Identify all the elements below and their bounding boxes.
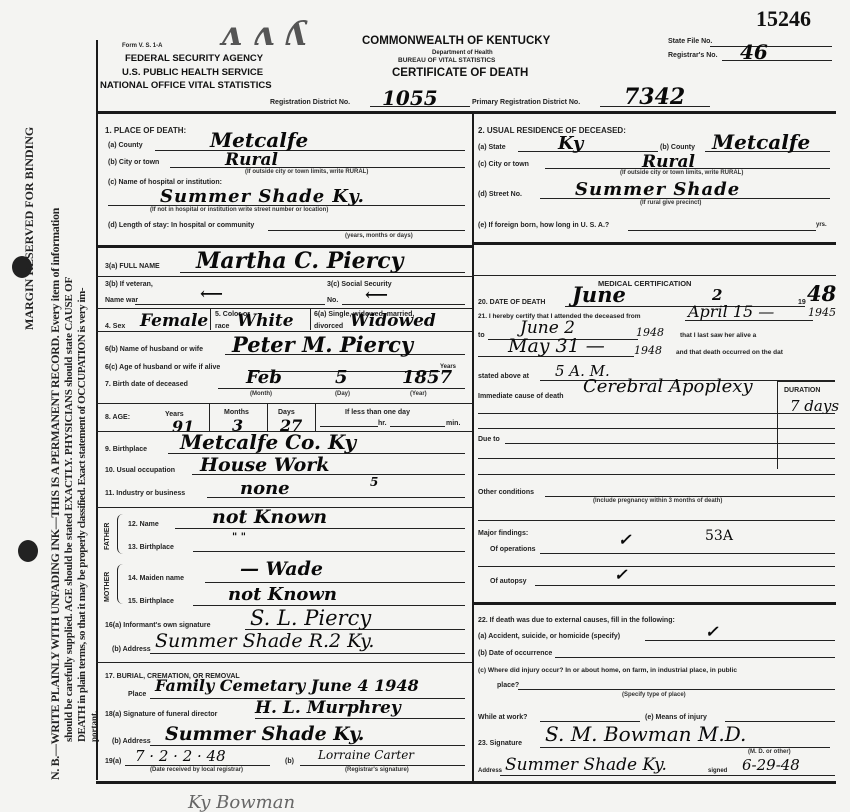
- residence-state-value[interactable]: Ky: [558, 133, 583, 154]
- means-of-injury-label: (e) Means of injury: [645, 714, 707, 721]
- mother-birthplace-label: 15. Birthplace: [128, 598, 174, 605]
- bureau: BUREAU OF VITAL STATISTICS: [398, 57, 495, 64]
- primary-district-label: Primary Registration District No.: [472, 99, 580, 106]
- place-label: place?: [497, 682, 519, 689]
- spouse-value[interactable]: Peter M. Piercy: [232, 332, 413, 357]
- father-birthplace-label: 13. Birthplace: [128, 544, 174, 551]
- divider-16: [96, 662, 472, 663]
- physician-address-label: Address: [478, 768, 502, 774]
- occurred-label: and that death occurred on the dat: [676, 349, 783, 356]
- place-line: [518, 689, 835, 690]
- marital-value[interactable]: Widowed: [350, 311, 436, 331]
- last-saw-year[interactable]: 1948: [634, 344, 662, 357]
- state-file-no-label: State File No.: [668, 38, 712, 45]
- divider-age-1: [209, 403, 210, 431]
- registrar-no-label: Registrar's No.: [668, 52, 718, 59]
- divider-age-2: [267, 403, 268, 431]
- industry-label: 11. Industry or business: [105, 490, 185, 497]
- place-of-death-heading: 1. PLACE OF DEATH:: [105, 126, 186, 135]
- birthplace-label: 9. Birthplace: [105, 446, 147, 453]
- death-year-prefix: 19: [798, 299, 806, 306]
- autopsy-line: [535, 585, 835, 586]
- registrar-signature-label: (b): [285, 758, 294, 765]
- race-value[interactable]: White: [237, 311, 294, 331]
- other-conditions-line: [545, 496, 835, 497]
- received-label: 19(a): [105, 758, 121, 765]
- residence-county-label: (b) County: [660, 144, 695, 151]
- place-note: (Specify type of place): [622, 692, 686, 698]
- agency-line-3: NATIONAL OFFICE VITAL STATISTICS: [100, 80, 272, 91]
- at-work-label: While at work?: [478, 714, 527, 721]
- certificate-title: CERTIFICATE OF DEATH: [392, 67, 528, 79]
- other-conditions-note: (Include pregnancy within 3 months of de…: [593, 498, 722, 504]
- birth-year-value[interactable]: 1857: [402, 367, 452, 388]
- death-city-label: (b) City or town: [108, 159, 159, 166]
- margin-instructions-line2: should be carefully supplied. AGE should…: [63, 277, 75, 742]
- veteran-checkmark: ⟵: [200, 284, 223, 303]
- form-center-divider: [472, 111, 474, 781]
- divider-5-6: [310, 308, 311, 330]
- mother-side-label: MOTHER: [104, 572, 111, 602]
- mother-maiden-value[interactable]: — Wade: [240, 558, 323, 580]
- divider-4-5: [210, 308, 211, 330]
- signed-date-value[interactable]: 6-29-48: [742, 756, 800, 774]
- residence-county-value[interactable]: Metcalfe: [712, 130, 810, 154]
- binding-hole-bottom: [18, 540, 38, 562]
- received-line: [125, 765, 270, 766]
- header-scribble: ᴧ ʌ ʎ: [220, 14, 307, 54]
- father-birthplace-value[interactable]: " ": [232, 532, 246, 543]
- death-county-label: (a) County: [108, 142, 143, 149]
- hospital-label: (c) Name of hospital or institution:: [108, 179, 222, 186]
- classification-code: 53A: [705, 528, 733, 544]
- informant-address-label: (b) Address: [112, 646, 151, 653]
- registration-district-label: Registration District No.: [270, 99, 350, 106]
- physician-address-line: [500, 775, 835, 776]
- death-county-value[interactable]: Metcalfe: [210, 128, 308, 152]
- father-name-value[interactable]: not Known: [212, 506, 327, 528]
- stay-label: (d) Length of stay: In hospital or commu…: [108, 222, 254, 229]
- informant-value[interactable]: S. L. Piercy: [250, 606, 371, 630]
- cause-value[interactable]: Cerebral Apoplexy: [583, 376, 753, 397]
- signature-line: [540, 747, 830, 748]
- death-city-value[interactable]: Rural: [225, 150, 278, 170]
- divider-3a: [96, 276, 472, 277]
- birth-day-caption: (Day): [335, 391, 350, 397]
- residence-state-line: [518, 151, 658, 152]
- divider-7: [96, 403, 472, 404]
- age-min-label: min.: [446, 420, 460, 427]
- occupation-label: 10. Usual occupation: [105, 467, 175, 474]
- residence-city-label: (c) City or town: [478, 161, 529, 168]
- residence-street-note: (If rural give precinct): [640, 200, 701, 206]
- margin-instructions-line1: N. B.—WRITE PLAINLY WITH UNFADING INK—TH…: [48, 208, 63, 780]
- father-name-label: 12. Name: [128, 521, 159, 528]
- operations-line-2: [478, 566, 835, 567]
- accident-checkmark[interactable]: ✓: [705, 622, 718, 641]
- residence-city-value[interactable]: Rural: [642, 152, 695, 172]
- death-month-value[interactable]: June: [572, 282, 626, 307]
- social-security-no-label: No.: [327, 297, 338, 304]
- divider-age-3: [315, 403, 316, 431]
- spouse-age-label: 6(c) Age of husband or wife if alive: [105, 364, 220, 371]
- due-to-line-3: [478, 474, 835, 475]
- autopsy-label: Of autopsy: [490, 578, 527, 585]
- mother-maiden-line: [205, 582, 465, 583]
- stay-line: [268, 230, 465, 231]
- operations-line: [540, 553, 835, 554]
- physician-signature[interactable]: S. M. Bowman M.D.: [545, 722, 746, 746]
- due-to-label: Due to: [478, 436, 500, 443]
- veteran-label: 3(b) If veteran,: [105, 281, 153, 288]
- foreign-born-line: [628, 230, 816, 231]
- operations-checkmark[interactable]: ✓: [618, 530, 631, 549]
- autopsy-checkmark[interactable]: ✓: [614, 565, 627, 584]
- full-name-label: 3(a) FULL NAME: [105, 263, 160, 270]
- physician-address-value[interactable]: Summer Shade Ky.: [505, 755, 667, 775]
- accident-label: (a) Accident, suicide, or homicide (spec…: [478, 633, 620, 640]
- footer-handwritten-note: Ky Bowman: [188, 792, 295, 812]
- other-conditions-line-2: [478, 520, 835, 521]
- death-county-line: [155, 150, 465, 151]
- birth-date-label: 7. Birth date of deceased: [105, 381, 188, 388]
- residence-street-value[interactable]: Summer Shade: [575, 179, 740, 200]
- sex-value[interactable]: Female: [140, 311, 208, 331]
- state-title: COMMONWEALTH OF KENTUCKY: [362, 35, 550, 47]
- veteran-name-label: Name war: [105, 297, 138, 304]
- death-city-line: [170, 167, 465, 168]
- age-months-label: Months: [224, 409, 249, 416]
- funeral-director-line: [255, 718, 465, 719]
- duration-box-left: [777, 381, 778, 469]
- mother-maiden-label: 14. Maiden name: [128, 575, 184, 582]
- birth-year-caption: (Year): [410, 391, 427, 397]
- residence-state-label: (a) State: [478, 144, 506, 151]
- informant-address-line: [150, 653, 465, 654]
- marital-label-2: divorced: [314, 323, 343, 330]
- residence-city-note: (If outside city or town limits, write R…: [620, 170, 743, 176]
- due-to-line-1: [505, 443, 835, 444]
- margin-binding-note: MARGIN RESERVED FOR BINDING: [22, 127, 37, 330]
- death-year-value[interactable]: 48: [807, 281, 836, 306]
- age-label: 8. AGE:: [105, 414, 130, 421]
- department: Department of Health: [432, 50, 493, 56]
- operations-label: Of operations: [490, 546, 536, 553]
- medical-top-line: [472, 275, 836, 276]
- race-label-2: race: [215, 323, 229, 330]
- father-side-label: FATHER: [104, 523, 111, 550]
- cause-label: Immediate cause of death: [478, 393, 564, 400]
- cause-line-2: [478, 428, 835, 429]
- informant-address-value[interactable]: Summer Shade R.2 Ky.: [155, 630, 374, 652]
- mother-birthplace-value[interactable]: not Known: [228, 584, 337, 605]
- director-address-label: (b) Address: [112, 738, 151, 745]
- residence-street-label: (d) Street No.: [478, 191, 522, 198]
- birth-month-value[interactable]: Feb: [246, 367, 282, 388]
- industry-value[interactable]: none: [240, 478, 290, 499]
- informant-label: 16(a) Informant's own signature: [105, 622, 211, 629]
- death-date-label: 20. DATE OF DEATH: [478, 299, 545, 306]
- age-hr-label: hr.: [378, 420, 387, 427]
- injury-place-label: (c) Where did injury occur? In or about …: [478, 667, 737, 674]
- occupation-value[interactable]: House Work: [200, 454, 329, 476]
- form-number: Form V. S. 1-A: [122, 43, 162, 49]
- agency-line-2: U.S. PUBLIC HEALTH SERVICE: [122, 67, 263, 78]
- occupation-mark: 5: [370, 475, 378, 489]
- funeral-director-label: 18(a) Signature of funeral director: [105, 711, 217, 718]
- attended-to-year[interactable]: 1948: [636, 326, 664, 339]
- last-saw-label: that I last saw her alive a: [680, 332, 756, 339]
- birth-month-caption: (Month): [250, 391, 272, 397]
- stated-above-label: stated above at: [478, 373, 529, 380]
- father-birthplace-line: [193, 551, 465, 552]
- duration-label: DURATION: [784, 387, 820, 394]
- occurrence-date-line: [555, 657, 835, 658]
- registration-district-value[interactable]: 1055: [382, 86, 438, 110]
- birth-date-line: [218, 388, 465, 389]
- agency-line-1: FEDERAL SECURITY AGENCY: [125, 53, 263, 64]
- findings-label: Major findings:: [478, 530, 528, 537]
- veteran-name-line: [135, 304, 325, 305]
- age-hr-line: [320, 426, 378, 427]
- registrar-no-value[interactable]: 46: [740, 40, 768, 64]
- signature-note: (M. D. or other): [748, 749, 791, 755]
- registrar-signature-note: (Registrar's signature): [345, 767, 409, 773]
- section-divider-22: [472, 602, 836, 605]
- attended-from-year[interactable]: 1945: [808, 306, 836, 319]
- full-name-value[interactable]: Martha C. Piercy: [196, 248, 403, 274]
- social-security-line: [342, 304, 465, 305]
- ss-checkmark: ⟵: [365, 285, 388, 304]
- received-note: (Date received by local registrar): [150, 767, 243, 773]
- age-less-label: If less than one day: [345, 409, 410, 416]
- duration-box-top: [777, 381, 835, 382]
- foreign-born-label: (e) If foreign born, how long in U. S. A…: [478, 222, 609, 229]
- other-conditions-label: Other conditions: [478, 489, 534, 496]
- state-file-number-stamp: 15246: [756, 6, 811, 32]
- external-heading: 22. If death was due to external causes,…: [478, 617, 675, 624]
- death-city-note: (If outside city or town limits, write R…: [245, 169, 368, 175]
- birthplace-value[interactable]: Metcalfe Co. Ky: [180, 430, 356, 454]
- birth-day-value[interactable]: 5: [335, 367, 348, 388]
- stay-note: (years, months or days): [345, 233, 413, 239]
- attended-from-value[interactable]: April 15 —: [688, 302, 774, 321]
- margin-instructions-line3: DEATH in plain terms, so that it may be …: [76, 288, 88, 742]
- father-bracket: [117, 514, 124, 554]
- burial-place-value[interactable]: Family Cemetary June 4 1948: [155, 676, 419, 695]
- form-left-border: [96, 40, 98, 780]
- residence-heading: 2. USUAL RESIDENCE OF DECEASED:: [478, 126, 626, 135]
- cause-line-1: [478, 413, 835, 414]
- registrar-signature-value[interactable]: Lorraine Carter: [318, 748, 414, 762]
- burial-place-label: Place: [128, 691, 146, 698]
- registrar-no-line: [722, 60, 832, 61]
- section-divider-2: [472, 242, 836, 245]
- funeral-director-value[interactable]: H. L. Murphrey: [255, 698, 401, 718]
- registrar-signature-line: [300, 765, 465, 766]
- age-min-line: [390, 426, 445, 427]
- form-bottom-border: [96, 781, 836, 784]
- father-name-line: [175, 528, 465, 529]
- last-saw-value[interactable]: May 31 —: [508, 335, 605, 357]
- director-address-value[interactable]: Summer Shade Ky.: [165, 723, 364, 745]
- due-to-line-2: [478, 458, 835, 459]
- form-top-border: [96, 111, 836, 114]
- primary-district-value[interactable]: 7342: [624, 84, 685, 110]
- accident-line: [645, 640, 835, 641]
- signature-label: 23. Signature: [478, 740, 522, 747]
- sex-label: 4. Sex: [105, 323, 125, 330]
- age-days-label: Days: [278, 409, 295, 416]
- hospital-value[interactable]: Summer Shade Ky.: [160, 186, 365, 207]
- occurrence-date-label: (b) Date of occurrence: [478, 650, 552, 657]
- state-file-no-line: [710, 46, 832, 47]
- received-date-value[interactable]: 7 · 2 · 2 · 48: [135, 747, 226, 765]
- spouse-label: 6(b) Name of husband or wife: [105, 346, 203, 353]
- to-label: to: [478, 332, 485, 339]
- divider-3b: [96, 308, 472, 309]
- director-address-line: [150, 745, 465, 746]
- hospital-note: (If not in hospital or institution write…: [150, 207, 328, 213]
- foreign-born-unit: yrs.: [816, 222, 827, 228]
- mother-bracket: [117, 564, 124, 604]
- signed-label: signed: [708, 768, 727, 774]
